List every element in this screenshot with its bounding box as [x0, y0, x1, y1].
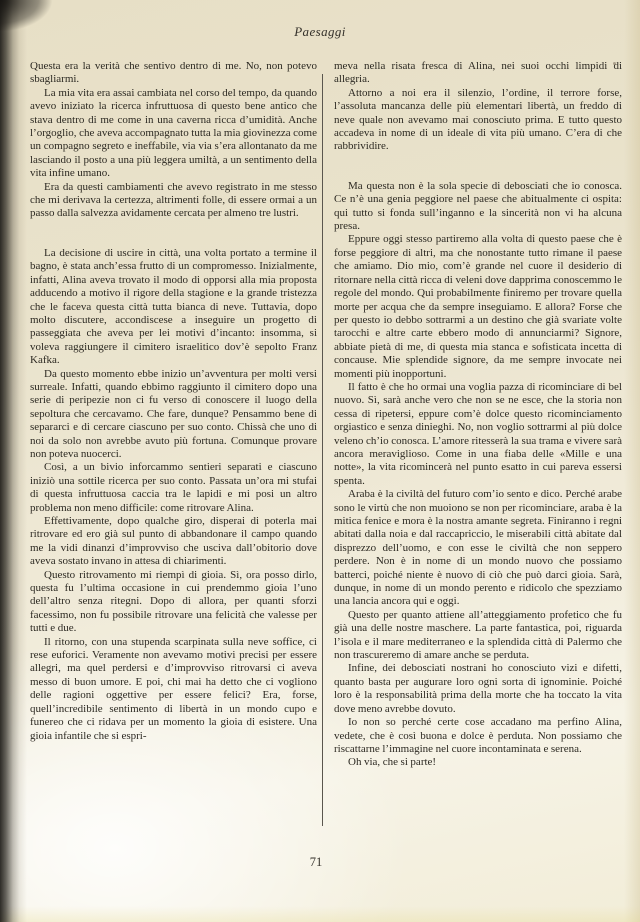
- paragraph: Eppure oggi stesso partiremo alla volta …: [334, 233, 622, 380]
- running-header-title: Paesaggi: [0, 24, 640, 40]
- paragraph: Questa era la verità che sentivo dentro …: [30, 60, 317, 87]
- paragraph: Il fatto è che ho ormai una voglia pazza…: [334, 381, 622, 488]
- right-column: meva nella risata fresca di Alina, nei s…: [334, 60, 622, 770]
- paragraph: meva nella risata fresca di Alina, nei s…: [334, 60, 622, 87]
- paragraph: Questo ritrovamento mi riempì di gioia. …: [30, 569, 317, 636]
- paragraph: Oh via, che si parte!: [334, 756, 622, 769]
- left-column: Questa era la verità che sentivo dentro …: [30, 60, 317, 770]
- paragraph: Così, a un bivio inforcammo sentieri sep…: [30, 461, 317, 515]
- scan-shade-right-edge: [624, 0, 640, 922]
- paragraph: Attorno a noi era il silenzio, l’ordine,…: [334, 87, 622, 154]
- scan-shade-bottom-edge: [0, 906, 640, 922]
- paragraph: La mia vita era assai cambiata nel corso…: [30, 87, 317, 181]
- paragraph: Da questo momento ebbe inizio un’avventu…: [30, 368, 317, 462]
- scan-speck: [613, 62, 616, 65]
- paragraph: Era da questi cambiamenti che avevo regi…: [30, 181, 317, 221]
- page-number: 71: [0, 855, 632, 870]
- paragraph: Questo per quanto attiene all’atteggiame…: [334, 609, 622, 663]
- paragraph: Infine, dei debosciati nostrani ho conos…: [334, 662, 622, 716]
- paragraph: Io non so perché certe cose accadano ma …: [334, 716, 622, 756]
- book-page: Paesaggi Questa era la verità che sentiv…: [0, 0, 640, 922]
- paragraph: Effettivamente, dopo qualche giro, dispe…: [30, 515, 317, 569]
- text-block: Questa era la verità che sentivo dentro …: [30, 60, 622, 770]
- column-divider-rule: [322, 74, 323, 826]
- paragraph: Araba è la civiltà del futuro com’io sen…: [334, 488, 622, 609]
- paragraph: La decisione di uscire in città, una vol…: [30, 247, 317, 368]
- scan-shadow-left-edge: [0, 0, 27, 922]
- paragraph: Il ritorno, con una stupenda scarpinata …: [30, 636, 317, 743]
- paragraph: Ma questa non è la sola specie di debosc…: [334, 180, 622, 234]
